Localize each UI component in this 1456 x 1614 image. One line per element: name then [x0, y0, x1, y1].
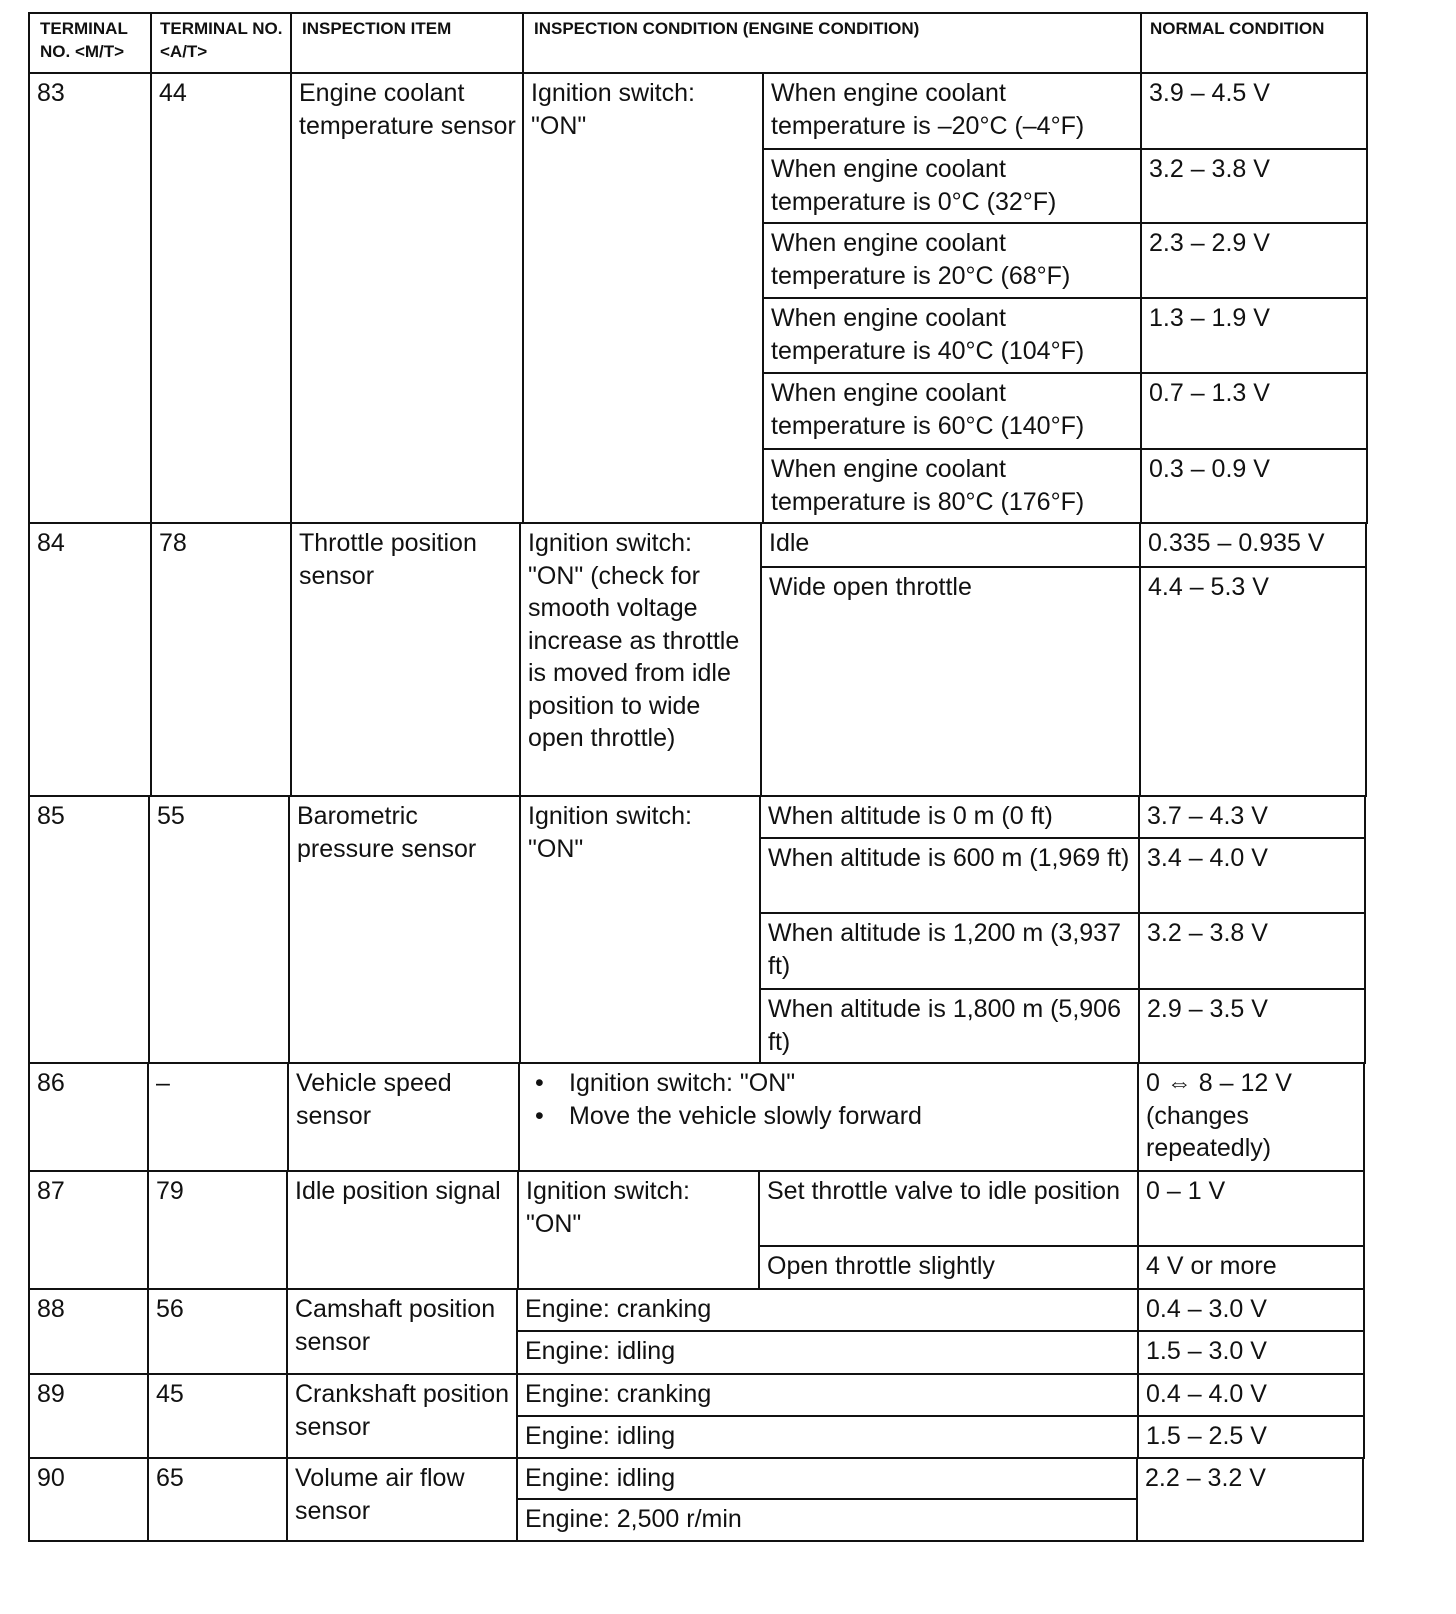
inspection-item-camshaft: Camshaft position sensor [286, 1288, 518, 1375]
terminal-at-none: – [147, 1062, 289, 1172]
sub-condition: When altitude is 1,200 m (3,937 ft) [759, 912, 1140, 990]
normal-value: 3.2 – 3.8 V [1140, 148, 1368, 224]
terminal-mt-87: 87 [28, 1170, 149, 1290]
sub-condition: Engine: idling [516, 1330, 1139, 1375]
normal-value: 3.4 – 4.0 V [1138, 837, 1366, 914]
header-inspection-item: INSPECTION ITEM [290, 12, 524, 74]
terminal-at-65: 65 [147, 1457, 288, 1542]
normal-value: 3.9 – 4.5 V [1140, 72, 1368, 150]
inspection-item-barometric: Barometric pressure sensor [288, 795, 521, 1064]
sub-condition: When engine coolant temperature is –20°C… [762, 72, 1142, 150]
condition-coolant-ignition: Ignition switch: "ON" [522, 72, 764, 524]
terminal-at-44: 44 [150, 72, 292, 524]
sub-condition: Engine: cranking [516, 1373, 1139, 1417]
condition-bullet: Ignition switch: "ON" [535, 1067, 1131, 1100]
normal-value: 2.3 – 2.9 V [1140, 222, 1368, 299]
header-terminal-at: TERMINAL NO. <A/T> [150, 12, 292, 74]
sub-condition: Engine: idling [516, 1415, 1139, 1459]
terminal-at-56: 56 [147, 1288, 288, 1375]
terminal-mt-84: 84 [28, 522, 152, 797]
condition-idle-ignition: Ignition switch: "ON" [517, 1170, 760, 1290]
terminal-mt-83: 83 [28, 72, 152, 524]
sub-condition: When altitude is 1,800 m (5,906 ft) [759, 988, 1140, 1064]
terminal-at-55: 55 [148, 795, 290, 1064]
normal-value: 0.7 – 1.3 V [1140, 372, 1368, 450]
terminal-mt-90: 90 [28, 1457, 149, 1542]
normal-value: 3.7 – 4.3 V [1138, 795, 1366, 839]
normal-value: 2.9 – 3.5 V [1138, 988, 1366, 1064]
sub-condition: Idle [760, 522, 1141, 568]
inspection-item-coolant: Engine coolant temperature sensor [290, 72, 524, 524]
sub-condition: When engine coolant temperature is 20°C … [762, 222, 1142, 299]
normal-value: 0.4 – 3.0 V [1137, 1288, 1365, 1332]
normal-value: 1.5 – 3.0 V [1137, 1330, 1365, 1375]
terminal-at-45: 45 [147, 1373, 288, 1459]
header-terminal-mt: TERMINAL NO. <M/T> [28, 12, 152, 74]
sub-condition: Engine: cranking [516, 1288, 1139, 1332]
sub-condition: When engine coolant temperature is 40°C … [762, 297, 1142, 374]
sub-condition: When altitude is 600 m (1,969 ft) [759, 837, 1140, 914]
sub-condition: Open throttle slightly [758, 1245, 1139, 1290]
normal-value: 0 – 1 V [1137, 1170, 1365, 1247]
normal-value: 4 V or more [1137, 1245, 1365, 1290]
sub-condition: Engine: idling [516, 1457, 1138, 1500]
header-inspection-condition: INSPECTION CONDITION (ENGINE CONDITION) [522, 12, 1142, 74]
header-normal-condition: NORMAL CONDITION [1140, 12, 1368, 74]
sub-condition: When engine coolant temperature is 80°C … [762, 448, 1142, 524]
sub-condition: When altitude is 0 m (0 ft) [759, 795, 1140, 839]
condition-bullet: Move the vehicle slowly forward [535, 1100, 1131, 1133]
sub-condition: Set throttle valve to idle position [758, 1170, 1139, 1247]
normal-value: 0.335 – 0.935 V [1139, 522, 1367, 568]
terminal-at-79: 79 [147, 1170, 288, 1290]
normal-value: 0 ⇔ 8 – 12 V (changes repeatedly) [1137, 1062, 1365, 1172]
normal-value: 0.4 – 4.0 V [1137, 1373, 1365, 1417]
sub-condition: When engine coolant temperature is 0°C (… [762, 148, 1142, 224]
sub-condition: Wide open throttle [760, 566, 1141, 797]
inspection-item-idle-position: Idle position signal [286, 1170, 519, 1290]
terminal-mt-85: 85 [28, 795, 150, 1064]
normal-value: 3.2 – 3.8 V [1138, 912, 1366, 990]
terminal-at-78: 78 [150, 522, 292, 797]
terminal-mt-89: 89 [28, 1373, 149, 1459]
normal-value: 0.3 – 0.9 V [1140, 448, 1368, 524]
condition-barometric-ignition: Ignition switch: "ON" [519, 795, 761, 1064]
normal-value: 1.5 – 2.5 V [1137, 1415, 1365, 1459]
normal-value: 2.2 – 3.2 V [1136, 1457, 1364, 1542]
sub-condition: Engine: 2,500 r/min [516, 1498, 1138, 1542]
terminal-mt-86: 86 [28, 1062, 149, 1172]
inspection-item-throttle: Throttle position sensor [290, 522, 521, 797]
sub-condition: When engine coolant temperature is 60°C … [762, 372, 1142, 450]
normal-value: 1.3 – 1.9 V [1140, 297, 1368, 374]
condition-throttle-ignition: Ignition switch: "ON" (check for smooth … [519, 522, 762, 797]
inspection-item-vehicle-speed: Vehicle speed sensor [287, 1062, 520, 1172]
normal-value: 4.4 – 5.3 V [1139, 566, 1367, 797]
terminal-mt-88: 88 [28, 1288, 149, 1375]
inspection-item-crankshaft: Crankshaft position sensor [286, 1373, 518, 1459]
condition-bullet-list: Ignition switch: "ON" Move the vehicle s… [527, 1067, 1131, 1132]
inspection-item-air-flow: Volume air flow sensor [286, 1457, 518, 1542]
condition-vehicle-speed: Ignition switch: "ON" Move the vehicle s… [518, 1062, 1139, 1172]
